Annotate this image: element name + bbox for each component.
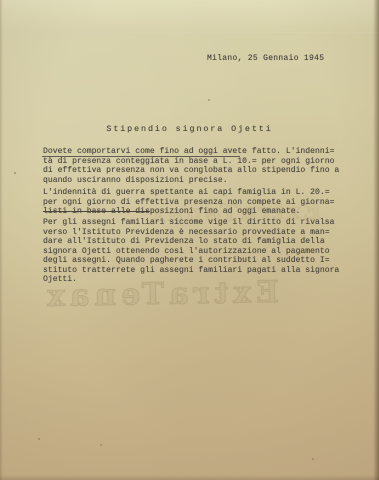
text-line: stituto tratterrete gli assegni familiar…: [43, 266, 339, 276]
paragraph-3: Per gli assegni familiari siccome vige i…: [43, 218, 339, 285]
paragraph-2: L'indennità di guerra spettante ai capi …: [43, 188, 334, 217]
subject-text: Stipendio signora Ojetti: [106, 124, 272, 134]
text-line: Per gli assegni familiari siccome vige i…: [43, 218, 339, 228]
paper-specks: [14, 172, 16, 174]
text-line: Dovete comportarvi come fino ad oggi ave…: [43, 147, 339, 157]
text-line: tà di presenza conteggiata in base a L. …: [43, 157, 339, 167]
text-line: Ojetti.: [43, 275, 339, 285]
text-line: verso l'Istituto Previdenza è necessario…: [43, 228, 339, 238]
text-line: dare all'Istituto di Previdenza lo stato…: [43, 237, 339, 247]
text-line: per ogni giorno di effettiva presenza no…: [43, 198, 334, 208]
paper-edge-left: [0, 0, 3, 480]
paper-edge-right: [373, 0, 379, 480]
paragraph-1: Dovete comportarvi come fino ad oggi ave…: [43, 147, 339, 185]
text-line: listi in base alle disposizioni fino ad …: [43, 207, 334, 217]
dateline: Milano, 25 Gennaio 1945: [207, 54, 324, 63]
text-line: L'indennità di guerra spettante ai capi …: [43, 188, 334, 198]
text-line: di effettiva presenza non va conglobata …: [43, 166, 339, 176]
text-line: degli assegni. Quando pagherete i contri…: [43, 256, 339, 266]
typewritten-letter-page: ExtraTenax ExtraTenax Milano, 25 Gennaio…: [0, 0, 379, 480]
struck-text: listi in base alle dis: [43, 207, 150, 216]
paper-edge-bottom: [0, 475, 379, 480]
paper-light-band: [0, 0, 379, 33]
text-line: signora Ojetti ottenendo così l'autorizz…: [43, 247, 339, 257]
text-line: quando usciranno disposizioni precise.: [43, 176, 339, 186]
text-line-rest: posizioni fino ad oggi emanate.: [150, 207, 301, 216]
